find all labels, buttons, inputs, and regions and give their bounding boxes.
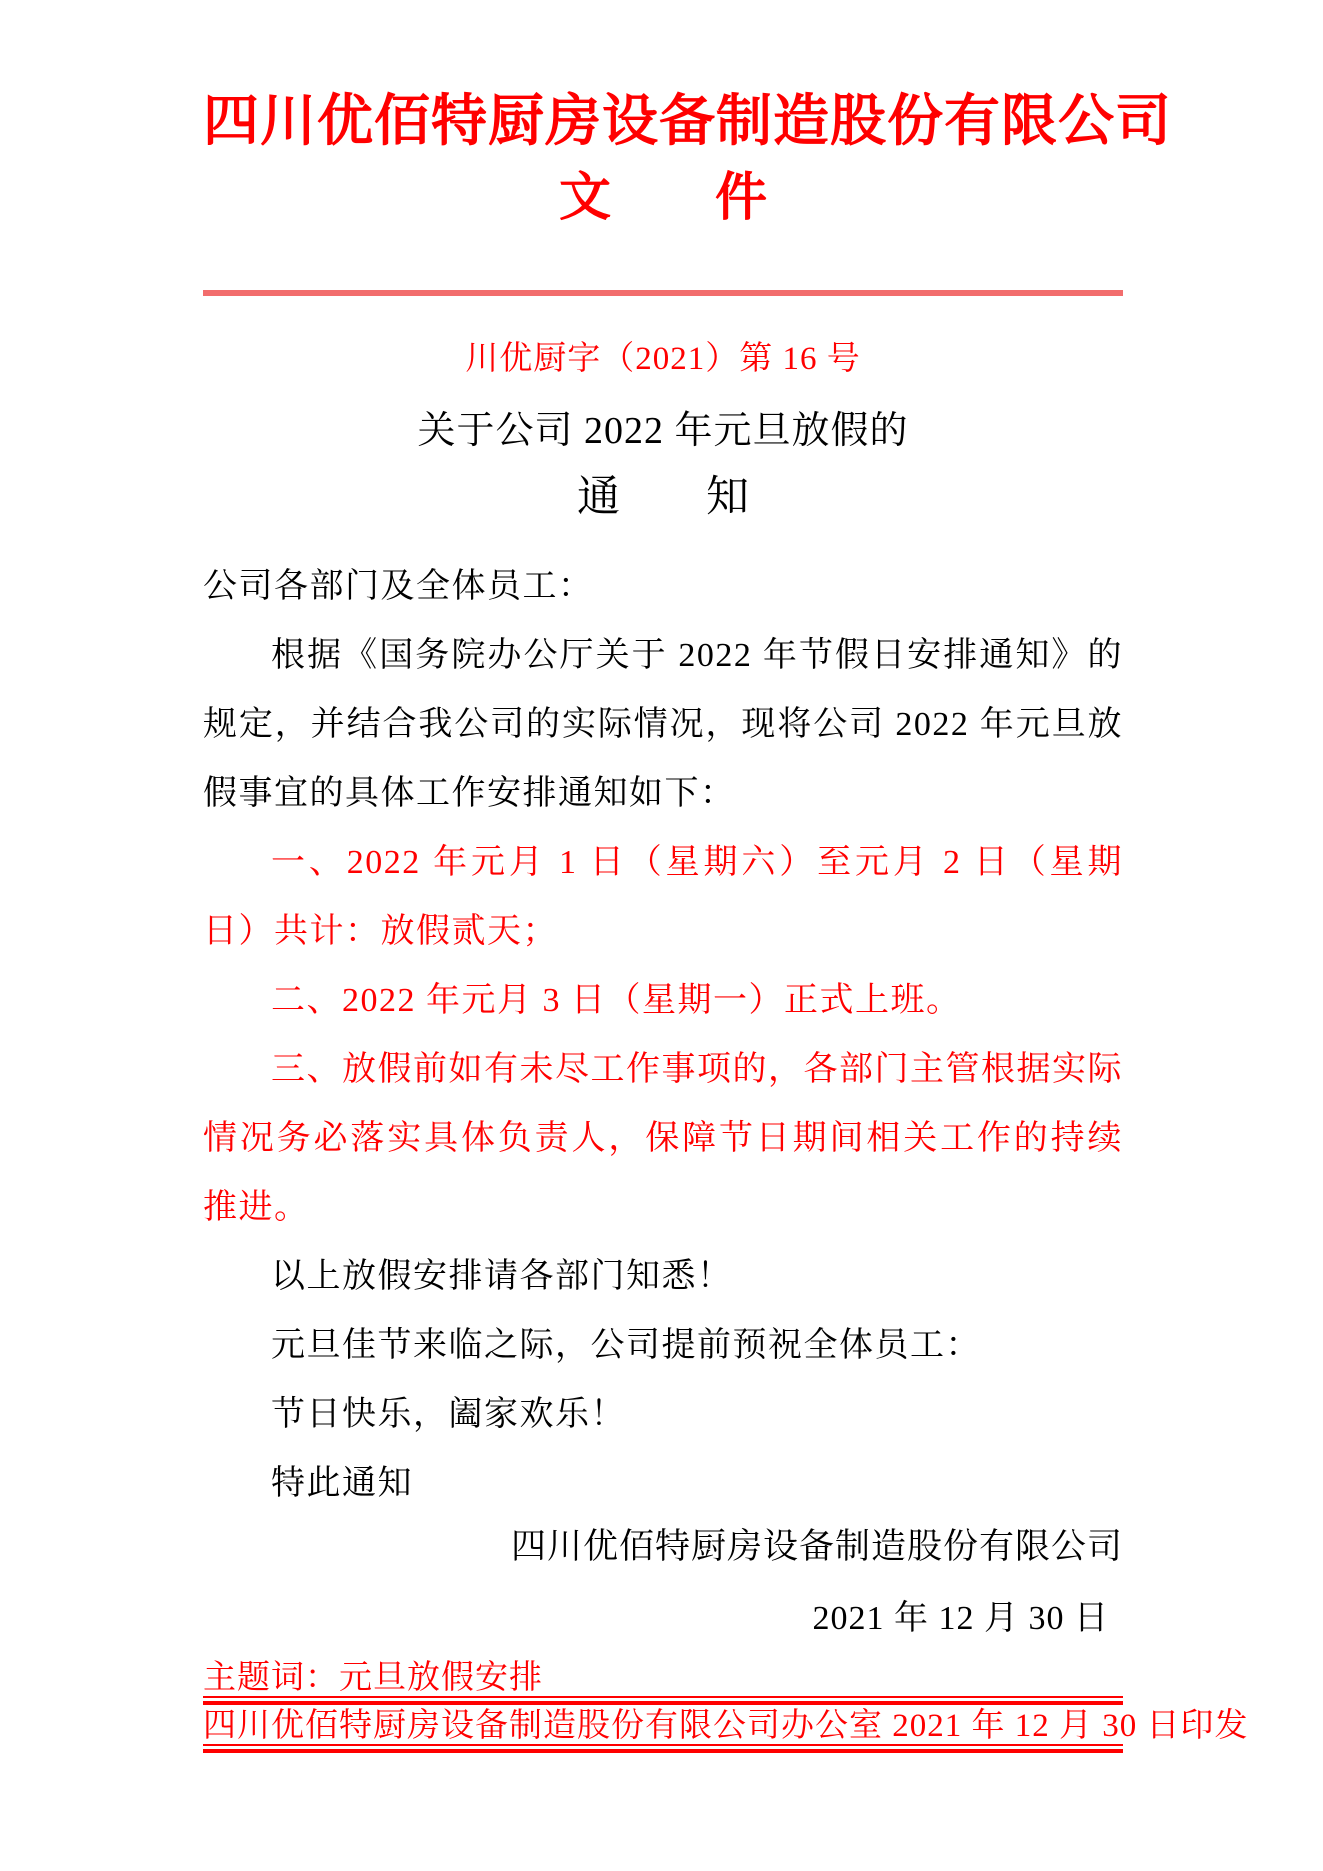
- colophon-keywords-row: 主题词：元旦放假安排: [203, 1660, 1123, 1698]
- signature-company: 四川优佰特厨房设备制造股份有限公司: [203, 1524, 1123, 1570]
- salutation: 公司各部门及全体员工：: [203, 552, 1123, 621]
- notice-body: 公司各部门及全体员工： 根据《国务院办公厅关于 2022 年节假日安排通知》的规…: [203, 552, 1123, 1518]
- colophon-rule-top: [203, 1701, 1123, 1705]
- document-number: 川优厨字（2021）第 16 号: [203, 338, 1123, 380]
- letterhead-company-title: 四川优佰特厨房设备制造股份有限公司: [203, 84, 1123, 160]
- colophon-issuer-row: 四川优佰特厨房设备制造股份有限公司办公室 2021 年 12 月 30 日印发: [203, 1708, 1123, 1746]
- notice-title-line1: 关于公司 2022 年元旦放假的: [203, 408, 1123, 454]
- letterhead-separator-rule: [203, 290, 1123, 296]
- paragraph-hereby-notice: 特此通知: [203, 1449, 1123, 1518]
- letterhead-document-word: 文 件: [203, 164, 1123, 234]
- paragraph-item-3: 三、放假前如有未尽工作事项的，各部门主管根据实际情况务必落实具体负责人，保障节日…: [203, 1035, 1123, 1242]
- paragraph-basis: 根据《国务院办公厅关于 2022 年节假日安排通知》的规定，并结合我公司的实际情…: [203, 621, 1123, 828]
- signature-date: 2021 年 12 月 30 日: [203, 1598, 1123, 1640]
- colophon-rule-bottom: [203, 1749, 1123, 1753]
- paragraph-greeting: 节日快乐，阖家欢乐！: [203, 1380, 1123, 1449]
- document-page: 四川优佰特厨房设备制造股份有限公司 文 件 川优厨字（2021）第 16 号 关…: [203, 84, 1123, 1753]
- paragraph-item-1: 一、2022 年元月 1 日（星期六）至元月 2 日（星期日）共计：放假贰天；: [203, 828, 1123, 966]
- notice-title-line2: 通 知: [203, 472, 1123, 524]
- paragraph-greeting-intro: 元旦佳节来临之际，公司提前预祝全体员工：: [203, 1311, 1123, 1380]
- colophon: 主题词：元旦放假安排 四川优佰特厨房设备制造股份有限公司办公室 2021 年 1…: [203, 1660, 1123, 1753]
- paragraph-item-2: 二、2022 年元月 3 日（星期一）正式上班。: [203, 966, 1123, 1035]
- paragraph-acknowledge: 以上放假安排请各部门知悉！: [203, 1242, 1123, 1311]
